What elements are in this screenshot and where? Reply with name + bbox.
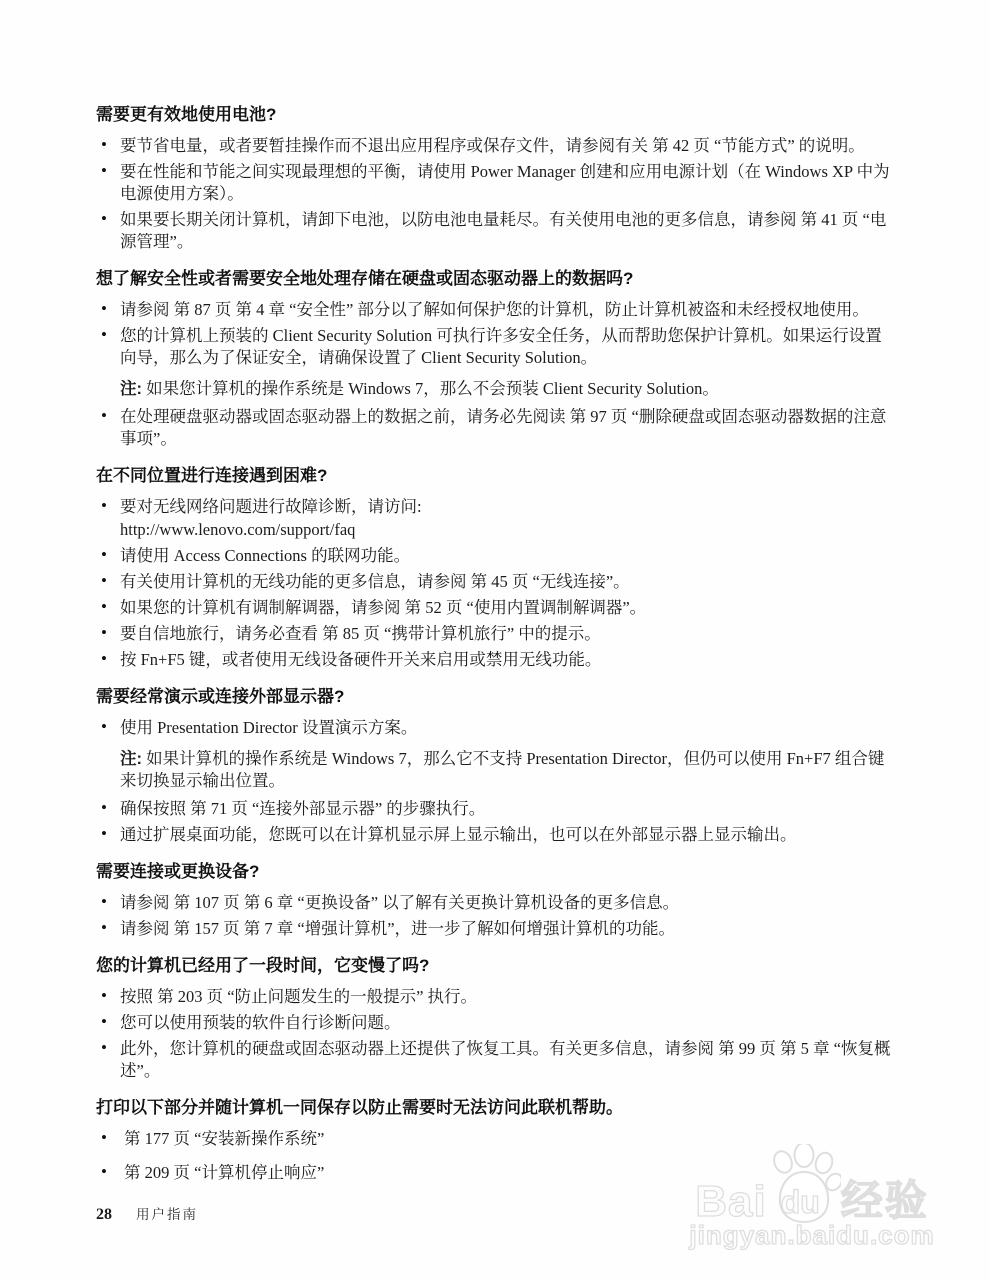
bullet-item: 请参阅 第 157 页 第 7 章 “增强计算机”，进一步了解如何增强计算机的功… (96, 918, 895, 940)
bullet-item: 请参阅 第 87 页 第 4 章 “安全性” 部分以了解如何保护您的计算机，防止… (96, 299, 895, 321)
bullet-text: 通过扩展桌面功能，您既可以在计算机显示屏上显示输出，也可以在外部显示器上显示输出… (120, 825, 797, 844)
document-section: 在不同位置进行连接遇到困难?要对无线网络问题进行故障诊断，请访问:http://… (96, 465, 895, 671)
page-number: 28 (96, 1206, 112, 1224)
bullet-text: 如果您的计算机有调制解调器，请参阅 第 52 页 “使用内置调制解调器”。 (120, 598, 646, 617)
section-heading: 您的计算机已经用了一段时间，它变慢了吗? (96, 955, 895, 977)
bullet-item: 确保按照 第 71 页 “连接外部显示器” 的步骤执行。 (96, 798, 895, 820)
bullet-text: 在处理硬盘驱动器或固态驱动器上的数据之前，请务必先阅读 第 97 页 “删除硬盘… (120, 407, 886, 448)
bullet-text: 第 209 页 “计算机停止响应” (124, 1163, 324, 1182)
document-section: 需要经常演示或连接外部显示器?使用 Presentation Director … (96, 686, 895, 846)
bullet-item: 请使用 Access Connections 的联网功能。 (96, 545, 895, 567)
bullet-text: 此外，您计算机的硬盘或固态驱动器上还提供了恢复工具。有关更多信息，请参阅 第 9… (120, 1039, 890, 1080)
section-heading: 需要更有效地使用电池? (96, 104, 895, 126)
bullet-text: 要在性能和节能之间实现最理想的平衡，请使用 Power Manager 创建和应… (120, 162, 890, 203)
note-paragraph: 注: 如果计算机的操作系统是 Windows 7，那么它不支持 Presenta… (96, 748, 895, 792)
bullet-item: 请参阅 第 107 页 第 6 章 “更换设备” 以了解有关更换计算机设备的更多… (96, 892, 895, 914)
bullet-item: 您的计算机上预装的 Client Security Solution 可执行许多… (96, 325, 895, 369)
note-label: 注: (120, 750, 142, 768)
bullet-item: 要自信地旅行，请务必查看 第 85 页 “携带计算机旅行” 中的提示。 (96, 623, 895, 645)
section-heading: 打印以下部分并随计算机一同保存以防止需要时无法访问此联机帮助。 (96, 1097, 895, 1119)
bullet-text: 请参阅 第 87 页 第 4 章 “安全性” 部分以了解如何保护您的计算机，防止… (120, 300, 869, 319)
bullet-item: 使用 Presentation Director 设置演示方案。 (96, 717, 895, 739)
section-heading: 在不同位置进行连接遇到困难? (96, 465, 895, 487)
bullet-text: 使用 Presentation Director 设置演示方案。 (120, 718, 417, 737)
bullet-item: 在处理硬盘驱动器或固态驱动器上的数据之前，请务必先阅读 第 97 页 “删除硬盘… (96, 406, 895, 450)
bullet-item: 按 Fn+F5 键，或者使用无线设备硬件开关来启用或禁用无线功能。 (96, 649, 895, 671)
document-section: 想了解安全性或者需要安全地处理存储在硬盘或固态驱动器上的数据吗?请参阅 第 87… (96, 268, 895, 450)
note-text: 如果您计算机的操作系统是 Windows 7，那么不会预装 Client Sec… (142, 379, 719, 398)
section-heading: 想了解安全性或者需要安全地处理存储在硬盘或固态驱动器上的数据吗? (96, 268, 895, 290)
bullet-text: 要自信地旅行，请务必查看 第 85 页 “携带计算机旅行” 中的提示。 (120, 624, 601, 643)
bullet-text: 按照 第 203 页 “防止问题发生的一般提示” 执行。 (120, 987, 477, 1006)
document-content: 需要更有效地使用电池?要节省电量，或者要暂挂操作而不退出应用程序或保存文件，请参… (0, 0, 989, 1196)
page-footer: 28 用户指南 (96, 1203, 198, 1224)
document-section: 您的计算机已经用了一段时间，它变慢了吗?按照 第 203 页 “防止问题发生的一… (96, 955, 895, 1082)
bullet-item: 第 209 页 “计算机停止响应” (96, 1162, 895, 1184)
bullet-item: 要对无线网络问题进行故障诊断，请访问:http://www.lenovo.com… (96, 496, 895, 541)
section-heading: 需要连接或更换设备? (96, 861, 895, 883)
bullet-item: 此外，您计算机的硬盘或固态驱动器上还提供了恢复工具。有关更多信息，请参阅 第 9… (96, 1038, 895, 1082)
bullet-text: 您可以使用预装的软件自行诊断问题。 (120, 1013, 401, 1032)
bullet-text: 确保按照 第 71 页 “连接外部显示器” 的步骤执行。 (120, 799, 485, 818)
bullet-text: 请使用 Access Connections 的联网功能。 (120, 546, 410, 565)
bullet-text: 如果要长期关闭计算机，请卸下电池，以防电池电量耗尽。有关使用电池的更多信息，请参… (120, 210, 886, 251)
bullet-text: 请参阅 第 107 页 第 6 章 “更换设备” 以了解有关更换计算机设备的更多… (120, 893, 679, 912)
note-label: 注: (120, 380, 142, 398)
bullet-item: 您可以使用预装的软件自行诊断问题。 (96, 1012, 895, 1034)
document-page: 需要更有效地使用电池?要节省电量，或者要暂挂操作而不退出应用程序或保存文件，请参… (0, 0, 989, 1280)
bullet-item: 要节省电量，或者要暂挂操作而不退出应用程序或保存文件，请参阅有关 第 42 页 … (96, 135, 895, 157)
bullet-text: 有关使用计算机的无线功能的更多信息，请参阅 第 45 页 “无线连接”。 (120, 572, 630, 591)
bullet-item: 第 177 页 “安装新操作系统” (96, 1128, 895, 1150)
bullet-text: 要对无线网络问题进行故障诊断，请访问: (120, 497, 422, 516)
note-paragraph: 注: 如果您计算机的操作系统是 Windows 7，那么不会预装 Client … (96, 378, 895, 400)
document-section: 打印以下部分并随计算机一同保存以防止需要时无法访问此联机帮助。第 177 页 “… (96, 1097, 895, 1184)
note-text: 如果计算机的操作系统是 Windows 7，那么它不支持 Presentatio… (120, 749, 884, 790)
bullet-item: 如果要长期关闭计算机，请卸下电池，以防电池电量耗尽。有关使用电池的更多信息，请参… (96, 209, 895, 253)
document-section: 需要连接或更换设备?请参阅 第 107 页 第 6 章 “更换设备” 以了解有关… (96, 861, 895, 940)
bullet-text: 您的计算机上预装的 Client Security Solution 可执行许多… (120, 326, 882, 367)
bullet-text: 按 Fn+F5 键，或者使用无线设备硬件开关来启用或禁用无线功能。 (120, 650, 601, 669)
bullet-text: 要节省电量，或者要暂挂操作而不退出应用程序或保存文件，请参阅有关 第 42 页 … (120, 136, 865, 155)
watermark-url: jingyan.baidu.com (687, 1220, 937, 1250)
bullet-item: 有关使用计算机的无线功能的更多信息，请参阅 第 45 页 “无线连接”。 (96, 571, 895, 593)
bullet-item: 如果您的计算机有调制解调器，请参阅 第 52 页 “使用内置调制解调器”。 (96, 597, 895, 619)
bullet-item: 按照 第 203 页 “防止问题发生的一般提示” 执行。 (96, 986, 895, 1008)
bullet-item: 要在性能和节能之间实现最理想的平衡，请使用 Power Manager 创建和应… (96, 161, 895, 205)
document-section: 需要更有效地使用电池?要节省电量，或者要暂挂操作而不退出应用程序或保存文件，请参… (96, 104, 895, 253)
section-heading: 需要经常演示或连接外部显示器? (96, 686, 895, 708)
bullet-secondary-line: http://www.lenovo.com/support/faq (120, 519, 895, 541)
bullet-text: 请参阅 第 157 页 第 7 章 “增强计算机”，进一步了解如何增强计算机的功… (120, 919, 675, 938)
footer-guide-label: 用户指南 (136, 1203, 198, 1223)
bullet-item: 通过扩展桌面功能，您既可以在计算机显示屏上显示输出，也可以在外部显示器上显示输出… (96, 824, 895, 846)
bullet-text: 第 177 页 “安装新操作系统” (124, 1129, 324, 1148)
